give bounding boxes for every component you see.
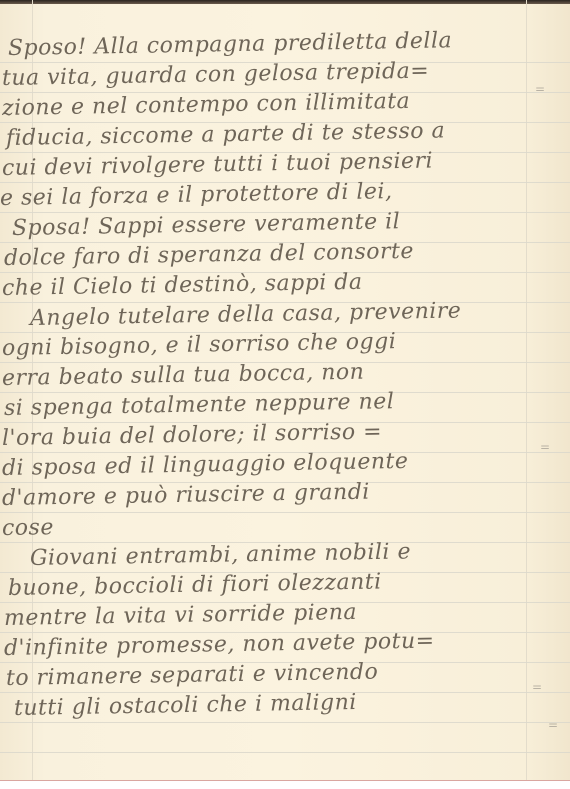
letter-page: Sposo! Alla compagna prediletta della tu…: [0, 0, 570, 781]
text-line: cose: [2, 513, 54, 544]
margin-mark: =: [532, 680, 542, 694]
handwritten-text: Sposo! Alla compagna prediletta della tu…: [0, 0, 570, 780]
margin-mark: =: [548, 718, 558, 732]
text-line: tutti gli ostacoli che i maligni: [14, 688, 357, 724]
margin-mark: =: [535, 82, 545, 96]
text-line: Angelo tutelare della casa, prevenire: [30, 296, 462, 334]
text-line: d'amore e può riuscire a grandi: [2, 478, 370, 514]
margin-mark: =: [540, 440, 550, 454]
